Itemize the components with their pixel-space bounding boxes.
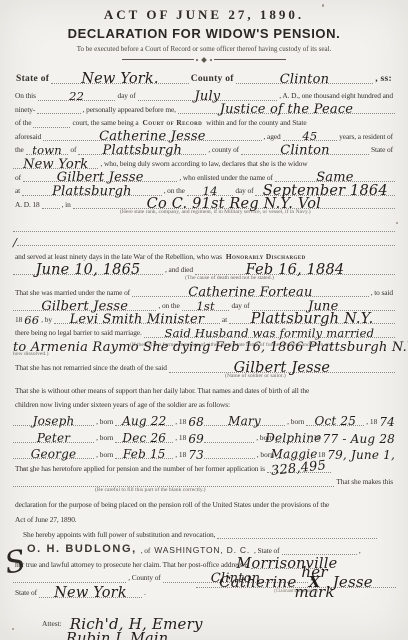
printed-text: A. D. 18 [13,200,42,210]
child-name-entry: Joseph [33,418,75,425]
printed-text: That she was married under the name of [13,288,132,298]
printed-text: at [13,186,22,196]
enlist-day-entry: 14 [203,188,218,195]
birth-year-entry: 68 [188,419,204,426]
regiment-entry: Co C. 91st Reg N.Y. Vol [147,201,321,208]
state-entry: New York. [81,76,158,83]
printed-text: , who, being duly sworn according to law… [98,159,309,169]
form-line-court: of the court, the same being a Court of … [0,114,408,128]
witness-signature-1: Rich'd, H, Emery [70,620,203,629]
officer-blank: Justice of the Peace [178,106,395,114]
printed-text: , 18 [173,450,188,460]
town-name-blank: Plattsburgh [78,147,206,155]
birth-year-entry: 74 [379,419,395,426]
res-state-blank: New York [13,161,98,169]
birth-year-entry: 77 - Aug 28 [323,436,395,443]
county-label: County of [189,74,236,84]
printed-text: , 18 [173,433,188,443]
day-blank: 22 [38,93,116,101]
blank-line [13,486,334,487]
signature-last-name: Jesse [333,577,373,587]
form-line-married-by: 18 66 , by Levi Smith Minister at Platts… [0,311,408,325]
res-county-blank: Clinton [241,147,369,155]
printed-text: That she has not remarried since the dea… [13,363,169,373]
printed-text: there being no legal barrier to said mar… [13,328,144,338]
printed-text: State of [13,588,39,598]
enlist-day-blank: 14 [187,188,234,196]
husband-name-blank: Gilbert Jesse [13,303,156,311]
child-name-entry: Maggie [271,451,318,458]
enlist-name-blank: Same [275,174,395,182]
printed-text: children now living under sixteen years … [13,400,232,410]
printed-text: , and died [163,265,195,275]
attorney-city-stamp: WASHINGTON, D. C. [152,545,252,555]
child-name-blank: George [13,451,94,459]
claimant-signature-block: Catherine her X mark Jesse (Claimant's s… [196,567,396,594]
children-row-2: Peter , born Dec 26 , 18 69 , born Delph… [0,426,408,443]
regiment-blank: Co C. 91st Reg N.Y. Vol [73,201,395,209]
blank-ruled-line-2: / [0,232,408,246]
printed-text: day of [115,91,137,101]
birth-date-entry: Aug 22 [122,418,166,425]
enlist-place-blank: Plattsburgh [22,188,162,196]
birth-date-entry: Dec 26 [122,435,166,442]
birth-date-entry: Feb 15 [123,451,166,458]
discharge-date-blank: June 10, 1865 [13,267,163,275]
birth-date-blank: Delphine [275,435,311,443]
discharge-date-entry: June 10, 1865 [36,267,141,274]
enlist-place-entry: Plattsburgh [52,188,132,195]
printed-text: day of [229,301,251,311]
printed-text: That she has heretofore applied for pens… [13,464,267,474]
printed-text: ninety- [13,105,37,115]
scan-speck [322,4,324,7]
maiden-name-blank: Catherine Forteau [132,289,369,297]
witness-signature-2: Rubin L Main [62,635,182,640]
printed-text: , personally appeared before me, [81,105,178,115]
form-line-on-this: On this 22 day of July , A. D., one thou… [0,87,408,101]
divider-dot [196,59,198,61]
month-entry: July [194,93,220,100]
printed-text: , on the [162,186,187,196]
document-title-declaration: DECLARATION FOR WIDOW'S PENSION. [0,26,408,41]
child-name-blank: Peter [13,435,94,443]
printed-text: , born [94,433,115,443]
marriage-place-entry: Plattsburgh N.Y. [251,316,374,323]
scanned-pension-declaration-document: ACT OF JUNE 27, 1890. DECLARATION FOR WI… [0,0,408,640]
form-line-residence: the town of Plattsburgh , county of Clin… [0,141,408,155]
form-line-makes-this: That she makes this [0,473,408,487]
birth-year-entry: 79, June 1, [327,452,395,459]
enlist-month-blank: September 1864 [255,188,395,196]
signature-line: Catherine her X mark Jesse [196,567,396,588]
town-name-entry: Plattsburgh [103,147,183,154]
former-marriage-blank: Said Husband was formily married [144,330,395,338]
county-blank: Clinton [236,76,373,84]
state-label: State of [14,74,51,84]
form-line-claimant: aforesaid Catherine Jesse , aged 45 year… [0,128,408,142]
officer-entry: Justice of the Peace [220,106,354,113]
child-name-entry: Peter [37,435,70,442]
po-state-entry: New York [54,590,127,597]
printed-text: , in [60,200,73,210]
birth-date-blank: Feb 15 [115,451,173,459]
printed-text: of [68,145,78,155]
divider-line [214,59,286,60]
printed-text: within and for the county and State [204,118,308,128]
printed-text: day of [233,186,255,196]
marriage-day-entry: 1st [196,303,214,310]
children-row-3: George , born Feb 15 , 18 73 , born Magg… [0,443,408,460]
her-mark-x: her X mark [301,567,327,587]
county-entry: Clinton [280,76,329,83]
birth-year-entry: 73 [188,452,204,459]
printed-text: . [142,588,148,598]
deceased-name-blank: Gilbert Jesse [169,365,395,373]
death-date-entry: Feb 16, 1884 [246,267,345,274]
form-line-act-reference: Act of June 27, 1890. [0,510,408,525]
ornamental-divider [0,56,408,63]
po-state-blank: New York [39,590,142,598]
birth-year-entry: 69 [188,436,204,443]
execution-instruction: To be executed before a Court of Record … [0,45,408,53]
form-line-regiment: A. D. 18 , in Co C. 91st Reg N.Y. Vol [0,196,408,210]
state-county-line: State of New York. County of Clinton , s… [0,67,408,84]
printed-text: 18 [311,433,322,443]
marriage-place-blank: Plattsburgh N.Y. [229,316,395,324]
town-entry: town [32,147,62,154]
printed-text: That she is without other means of suppo… [13,386,311,396]
printed-text: the [13,145,26,155]
form-line-widow: New York , who, being duly sworn accordi… [0,155,408,169]
birth-date-blank: Dec 26 [115,435,173,443]
ad-year-blank [42,208,60,209]
printed-text: , born [285,417,306,427]
claimant-name-blank: Catherine Jesse [43,133,261,141]
child-cell: , born Maggie , 18 79, June 1, [204,443,395,460]
form-line-served: and served at least ninety days in the l… [0,248,408,262]
marriage-day-blank: 1st [182,303,230,311]
child-cell: Peter , born Dec 26 , 18 69 [13,426,204,443]
printed-text: State of [369,145,395,155]
form-line-appoints: She hereby appoints with full power of s… [0,524,408,539]
printed-text: of the [13,118,33,128]
blank-ruled-line-1 [0,218,408,232]
printed-text: , by [39,315,54,325]
res-county-entry: Clinton [280,147,329,154]
printed-text: , of [139,546,152,556]
printed-text: , State of [252,546,281,556]
ss-suffix: , ss: [373,74,394,84]
month-blank: July [138,93,278,101]
death-date-blank: Feb 16, 1884 [195,267,395,275]
former-marriage-entry-1: Said Husband was formily married [164,330,374,337]
printed-text: , who enlisted under the name of [177,173,274,183]
printed-text: She hereby appoints with full power of s… [13,530,217,540]
scan-speck [30,471,34,472]
form-line-application: That she has heretofore applied for pens… [0,459,408,473]
form-line-attorney: O. H. BUDLONG, , of WASHINGTON, D. C. , … [0,539,408,555]
form-line-soldier: of Gilbert Jesse , who enlisted under th… [0,169,408,183]
form-line-no-barrier: there being no legal barrier to said mar… [0,324,408,338]
form-line-married-to: Gilbert Jesse , on the 1st day of June [0,297,408,311]
printed-text: , born [94,450,115,460]
witness-line-2: Rubin L Main [0,629,408,640]
honorably-discharged-smallcaps: Honorably Discharged [224,252,308,262]
printed-text: , on the [156,301,181,311]
divider-diamond [201,57,207,63]
attest-label: Attest: [40,619,64,629]
child-name-entry: George [31,451,77,458]
child-cell: Mary , born Oct 25 , 18 74 [204,410,395,427]
minister-entry: Levi Smith Minister [70,316,205,323]
printed-text: , 18 [173,417,188,427]
printed-text: , to said [369,288,395,298]
state-blank: New York. [51,76,188,84]
signature-first-name: Catherine [219,577,296,587]
husband-name-entry: Gilbert Jesse [41,303,128,310]
child-name-blank: Joseph [13,418,94,426]
fine-print-be-careful: (Be careful to fill this part of the bla… [0,487,408,496]
form-line-ninety: ninety- , personally appeared before me,… [0,101,408,115]
enlist-month-entry: September 1864 [263,188,388,195]
minister-blank: Levi Smith Minister [54,316,220,324]
marriage-month-blank: June [252,303,395,311]
printed-text: , A. D., one thousand eight hundred and [277,91,395,101]
claimant-name-entry: Catherine Jesse [99,133,206,140]
printed-text: , [357,546,363,556]
divider-dot [210,59,212,61]
form-line-declaration-purpose: declaration for the purpose of being pla… [0,495,408,510]
birth-date-blank: Maggie [276,451,312,459]
printed-text: , born [94,417,115,427]
scan-speck [12,628,14,630]
fine-print-text: (Be careful to fill this part of the bla… [95,487,206,493]
deceased-name-entry: Gilbert Jesse [234,365,331,372]
form-line-discharge-death: June 10, 1865 , and died Feb 16, 1884 [0,261,408,275]
maiden-name-entry: Catherine Forteau [188,289,312,296]
printed-text: That she makes this [334,477,395,487]
former-marriage-entry-2: to Armenia Raymo She dying Feb 16, 1866 … [13,344,408,351]
child-name-blank: Mary [204,418,285,426]
form-line-married-name: That she was married under the name of C… [0,284,408,298]
form-line-enlistment: at Plattsburgh , on the 14 day of Septem… [0,182,408,196]
printed-text: years, a resident of [337,132,395,142]
form-line-support: That she is without other means of suppo… [0,383,408,397]
age-entry: 45 [302,133,317,140]
child-cell: George , born Feb 15 , 18 73 [13,443,204,460]
marriage-month-entry: June [308,303,338,310]
printed-text: aforesaid [13,132,43,142]
attest-line: Attest: Rich'd, H, Emery [0,610,408,629]
mark-label: mark [294,587,334,597]
day-entry: 22 [69,93,84,100]
form-line-former-marriage-overflow: (If their was a former marriage of eithe… [0,338,408,351]
printed-text: at [220,315,229,325]
birth-date-blank: Aug 22 [115,418,173,426]
scan-speck [22,468,25,470]
blank-line [17,245,395,246]
town-blank: town [26,147,69,155]
application-number-blank: 328,495 [267,465,331,473]
fine-print-soldier-name: (Name of soldier or sailor.) [0,373,408,382]
birth-date-blank: Oct 25 [306,418,364,426]
scan-speck [396,222,398,224]
age-blank: 45 [283,133,338,141]
printed-text: , 18 [364,417,379,427]
printed-text: On this [13,91,38,101]
printed-text: Act of June 27, 1890. [13,515,79,525]
child-cell: , born Delphine 18 77 - Aug 28 [204,426,395,443]
divider-line [122,59,194,60]
printed-text: , county of [206,145,241,155]
printed-text: , aged [262,132,283,142]
enlist-name-entry: Same [316,174,353,181]
birth-date-entry: Oct 25 [314,418,356,425]
printed-text: and served at least ninety days in the l… [13,252,224,262]
child-cell: Joseph , born Aug 22 , 18 68 [13,410,204,427]
printed-text: of [13,173,23,183]
attorney-name-stamp: O. H. BUDLONG, [13,543,139,555]
res-state-entry: New York [23,161,88,168]
printed-text: court, the same being a [70,118,140,128]
marriage-year-entry: 66 [24,317,39,324]
soldier-name-blank: Gilbert Jesse [23,174,177,182]
form-line-children-intro: children now living under sixteen years … [0,396,408,410]
printed-text: declaration for the purpose of being pla… [13,500,331,510]
printed-text: 18 [13,315,24,325]
document-title-act: ACT OF JUNE 27, 1890. [0,0,408,23]
children-row-1: Joseph , born Aug 22 , 18 68 Mary , born… [0,410,408,427]
child-name-entry: Mary [228,418,261,425]
soldier-name-entry: Gilbert Jesse [57,174,144,181]
form-line-not-remarried: That she has not remarried since the dea… [0,359,408,373]
court-of-record-smallcaps: Court of Record [141,118,205,128]
printed-text: , County of [126,573,162,583]
